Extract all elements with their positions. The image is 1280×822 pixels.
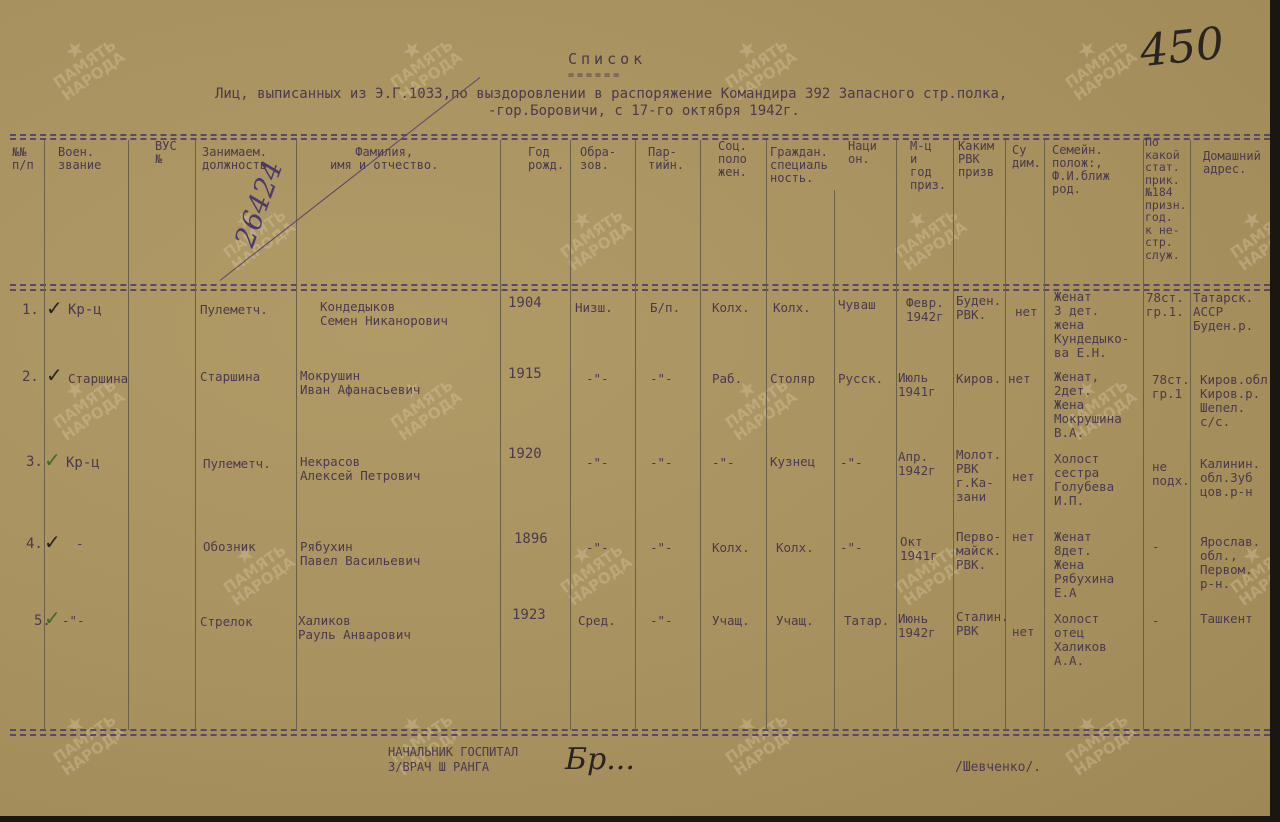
signatory-title: НАЧАЛЬНИК ГОСПИТАЛ	[388, 745, 518, 759]
column-divider	[1044, 140, 1045, 730]
star-icon: ★	[548, 528, 616, 582]
column-header-rvk: Каким РВК призв	[958, 140, 994, 179]
watermark: ★ПАМЯТЬНАРОДА	[713, 698, 800, 778]
cell-party: -"-	[650, 541, 673, 555]
cell-rank: Старшина	[68, 372, 128, 386]
cell-name: Кондедыков Семен Никанорович	[320, 300, 448, 328]
column-header-family: Семейн. полож:, Ф.И.ближ род.	[1052, 144, 1110, 196]
cell-social: Колх.	[712, 301, 750, 315]
column-header-article: По какой стат. прик. №184 призн. год. к …	[1145, 136, 1187, 261]
cell-nationality: Русск.	[838, 372, 883, 386]
watermark: ★ПАМЯТЬНАРОДА	[1053, 698, 1140, 778]
cell-convicted: нет	[1008, 372, 1031, 386]
cell-convicted: нет	[1012, 530, 1035, 544]
cell-address: Киров.обл Киров.р. Шепел. с/с.	[1200, 373, 1268, 429]
cell-conscription-date: Июнь 1942г	[898, 612, 936, 640]
document-title: Список	[568, 50, 646, 68]
cell-conscription-date: Июль 1941г	[898, 371, 936, 399]
cell-social: Раб.	[712, 372, 742, 386]
column-header-vus: ВУС №	[155, 140, 177, 166]
cell-rank: -"-	[62, 614, 85, 628]
signatory-rank: З/ВРАЧ Ш РАНГА	[388, 760, 489, 774]
header-bottom-rule	[10, 284, 1270, 286]
cell-civil-spec: Кузнец	[770, 455, 815, 469]
cell-address: Татарск. АССР Буден.р.	[1193, 291, 1253, 333]
cell-convicted: нет	[1015, 305, 1038, 319]
cell-position: Стрелок	[200, 615, 253, 629]
cell-conscription-date: Окт 1941г	[900, 535, 938, 563]
cell-rvk: Перво- майск. РВК.	[956, 530, 1001, 572]
cell-address: Ташкент	[1200, 612, 1253, 626]
cell-birth-year: 1896	[514, 532, 548, 546]
checkmark-icon: ✓	[46, 296, 63, 320]
cell-article: 78ст. гр.1	[1152, 373, 1190, 401]
cell-party: -"-	[650, 456, 673, 470]
column-header-birth-year: Год рожд.	[528, 146, 564, 172]
cell-civil-spec: Столяр	[770, 372, 815, 386]
cell-education: -"-	[586, 456, 609, 470]
column-divider	[296, 140, 297, 730]
document-subtitle: Лиц, выписанных из Э.Г.1033,по выздоровл…	[215, 86, 1007, 102]
star-icon: ★	[1053, 23, 1121, 77]
cell-conscription-date: Апр. 1942г	[898, 450, 936, 478]
cell-rank: Кр-ц	[66, 456, 100, 470]
watermark: ★ПАМЯТЬНАРОДА	[41, 698, 128, 778]
scan-edge	[1270, 0, 1280, 822]
column-divider	[128, 140, 129, 730]
checkmark-icon: ✓	[44, 606, 61, 630]
cell-education: -"-	[586, 541, 609, 555]
cell-name: Некрасов Алексей Петрович	[300, 455, 420, 483]
column-header-party: Пар- тийн.	[648, 146, 684, 172]
cell-address: Калинин. обл.Зуб цов.р-н	[1200, 457, 1260, 499]
column-divider	[953, 140, 954, 730]
table-bottom-rule	[10, 734, 1270, 736]
cell-civil-spec: Колх.	[776, 541, 814, 555]
cell-position: Пулеметч.	[200, 303, 268, 317]
cell-article: не подх.	[1152, 460, 1190, 488]
star-icon: ★	[713, 698, 781, 752]
cell-nationality: -"-	[840, 456, 863, 470]
cell-conscription-date: Февр. 1942г	[906, 296, 944, 324]
star-icon: ★	[378, 23, 446, 77]
column-header-address: Домашний адрес.	[1203, 150, 1261, 176]
column-divider	[1190, 140, 1191, 730]
cell-education: Низш.	[575, 301, 613, 315]
cell-birth-year: 1920	[508, 447, 542, 461]
cell-nationality: -"-	[840, 541, 863, 555]
cell-family: Женат 8дет. Жена Рябухина Е.А	[1054, 530, 1114, 600]
column-divider	[1143, 140, 1144, 730]
cell-birth-year: 1915	[508, 367, 542, 381]
table-bottom-rule	[10, 729, 1270, 731]
cell-civil-spec: Колх.	[773, 301, 811, 315]
column-divider	[700, 140, 701, 730]
cell-rvk: Буден. РВК.	[956, 294, 1001, 322]
cell-social: Учащ.	[712, 614, 750, 628]
table-top-rule	[10, 134, 1270, 136]
cell-civil-spec: Учащ.	[776, 614, 814, 628]
watermark: ★ПАМЯТЬНАРОДА	[41, 23, 128, 103]
watermark: ★ПАМЯТЬНАРОДА	[548, 193, 635, 273]
cell-nationality: Татар.	[844, 614, 889, 628]
column-header-position: Занимаем. должность	[202, 146, 267, 172]
column-divider	[635, 140, 636, 730]
column-header-conscription-date: М-ц и год приз.	[910, 140, 946, 192]
star-icon: ★	[211, 528, 279, 582]
column-divider	[500, 140, 501, 730]
cell-social: Колх.	[712, 541, 750, 555]
cell-social: -"-	[712, 456, 735, 470]
cell-article: -	[1152, 540, 1160, 554]
cell-name: Рябухин Павел Васильевич	[300, 540, 420, 568]
column-header-num: №№ п/п	[12, 146, 34, 172]
checkmark-icon: ✓	[46, 363, 63, 387]
column-divider	[570, 140, 571, 730]
cell-num: 3.	[26, 455, 43, 469]
star-icon: ★	[1053, 698, 1121, 752]
star-icon: ★	[548, 193, 616, 247]
cell-rvk: Сталин. РВК	[956, 610, 1009, 638]
column-header-nationality: Наци он.	[848, 140, 877, 166]
star-icon: ★	[713, 23, 781, 77]
column-divider	[1005, 140, 1006, 730]
cell-convicted: нет	[1012, 470, 1035, 484]
watermark: ★ПАМЯТЬНАРОДА	[1053, 23, 1140, 103]
cell-rvk: Молот. РВК г.Ка- зани	[956, 448, 1001, 504]
cell-rank: Кр-ц	[68, 303, 102, 317]
document-paper: ★ПАМЯТЬНАРОДА ★ПАМЯТЬНАРОДА ★ПАМЯТЬНАРОД…	[0, 0, 1270, 822]
cell-education: -"-	[586, 372, 609, 386]
star-icon: ★	[41, 698, 109, 752]
signer-name: /Шевченко/.	[955, 760, 1041, 775]
cell-rvk: Киров.	[956, 372, 1001, 386]
cell-position: Пулеметч.	[203, 457, 271, 471]
cell-family: Холост сестра Голубева И.П.	[1054, 452, 1114, 508]
document-subtitle-2: -гор.Боровичи, с 17-го октября 1942г.	[488, 103, 800, 119]
cell-party: Б/п.	[650, 301, 680, 315]
cell-education: Сред.	[578, 614, 616, 628]
cell-article: -	[1152, 614, 1160, 628]
cell-address: Ярослав. обл., Первом. р-н.	[1200, 535, 1260, 591]
scan-edge	[0, 816, 1280, 822]
cell-name: Халиков Рауль Анварович	[298, 614, 411, 642]
page-number: 450	[1138, 18, 1227, 77]
cell-family: Холост отец Халиков А.А.	[1054, 612, 1107, 668]
cell-convicted: нет	[1012, 625, 1035, 639]
cell-family: Женат 3 дет. жена Кундедыко- ва Е.Н.	[1054, 290, 1129, 360]
star-icon: ★	[41, 23, 109, 77]
column-header-social: Соц. поло жен.	[718, 140, 747, 179]
cell-position: Обозник	[203, 540, 256, 554]
column-divider	[195, 140, 196, 730]
cell-name: Мокрушин Иван Афанасьевич	[300, 369, 420, 397]
column-divider	[834, 190, 835, 730]
cell-birth-year: 1923	[512, 608, 546, 622]
table-top-rule	[10, 138, 1270, 140]
cell-birth-year: 1904	[508, 296, 542, 310]
cell-num: 2.	[22, 370, 39, 384]
column-divider	[766, 140, 767, 730]
column-divider	[896, 140, 897, 730]
column-header-name: Фамилия, имя и отчество.	[330, 146, 438, 172]
cell-position: Старшина	[200, 370, 260, 384]
checkmark-icon: ✓	[44, 530, 61, 554]
cell-article: 78ст. гр.1.	[1146, 291, 1184, 319]
star-icon: ★	[883, 193, 951, 247]
cell-num: 1.	[22, 303, 39, 317]
checkmark-icon: ✓	[44, 448, 61, 472]
column-header-education: Обра- зов.	[580, 146, 616, 172]
cell-nationality: Чуваш	[838, 298, 876, 312]
signature: Бр...	[565, 742, 635, 777]
cell-rank: -	[76, 537, 84, 551]
column-header-civil-spec: Граждан. специаль ность.	[770, 146, 828, 185]
cell-party: -"-	[650, 614, 673, 628]
cell-family: Женат, 2дет. Жена Мокрушина В.А.	[1054, 370, 1122, 440]
cell-num: 4.	[26, 537, 43, 551]
column-divider	[44, 140, 45, 730]
column-header-convicted: Су дим.	[1012, 144, 1041, 170]
cell-party: -"-	[650, 372, 673, 386]
title-underline: ======	[568, 70, 622, 81]
column-header-rank: Воен. звание	[58, 146, 101, 172]
